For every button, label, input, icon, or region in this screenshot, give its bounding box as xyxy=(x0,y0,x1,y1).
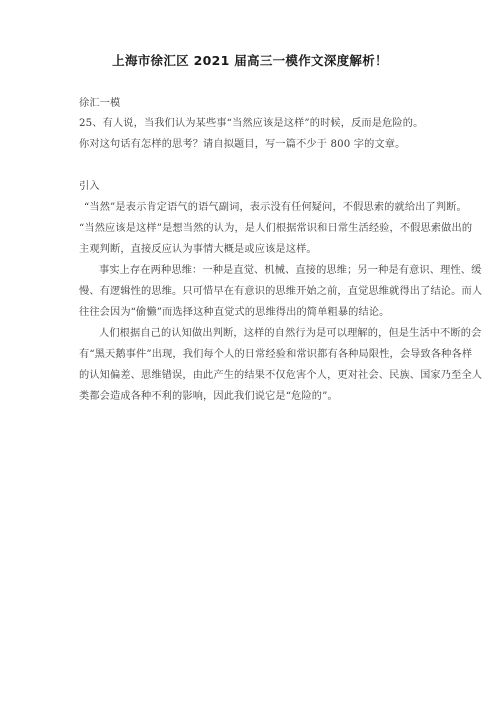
prompt-line-2: 你对这句话有怎样的思考？请自拟题目，写一篇不少于 800 字的文章。 xyxy=(79,138,405,152)
paragraph-2-line-3: 往往会因为“偷懒”而选择这种直觉式的思维得出的简单粗暴的结论。 xyxy=(79,306,390,320)
paragraph-3-line-3: 的认知偏差、思维错误，由此产生的结果不仅危害个人，更对社会、民族、国家乃至全人 xyxy=(79,369,482,383)
section-heading: 引入 xyxy=(79,180,100,194)
paragraph-1-line-1: “当然”是表示肯定语气的语气副词，表示没有任何疑问，不假思索的就给出了判断。 xyxy=(84,201,467,215)
paragraph-1-line-3: 主观判断，直接反应认为事情大概是或应该是这样。 xyxy=(79,243,317,257)
source-label: 徐汇一模 xyxy=(79,97,120,111)
paragraph-3-line-2: 有“黑天鹅事件”出现，我们每个人的日常经验和常识都有各种局限性，会导致各种各样 xyxy=(79,348,472,362)
paragraph-3-line-4: 类都会造成各种不利的影响，因此我们说它是“危险的”。 xyxy=(79,390,338,404)
paragraph-2-line-1: 事实上存在两种思维：一种是直觉、机械、直接的思维；另一种是有意识、理性、缓 xyxy=(99,264,481,278)
document-title: 上海市徐汇区 2021 届高三一模作文深度解析！ xyxy=(0,51,500,69)
prompt-line-1: 25、有人说，当我们认为某些事“当然应该是这样”的时候，反而是危险的。 xyxy=(79,117,423,131)
paragraph-3-line-1: 人们根据自己的认知做出判断，这样的自然行为是可以理解的，但是生活中不断的会 xyxy=(99,327,481,341)
paragraph-2-line-2: 慢、有逻辑性的思维。只可惜早在有意识的思维开始之前，直觉思维就得出了结论。而人 xyxy=(79,285,482,299)
paragraph-1-line-2: “当然应该是这样”是想当然的认为，是人们根据常识和日常生活经验，不假思索做出的 xyxy=(79,222,472,236)
